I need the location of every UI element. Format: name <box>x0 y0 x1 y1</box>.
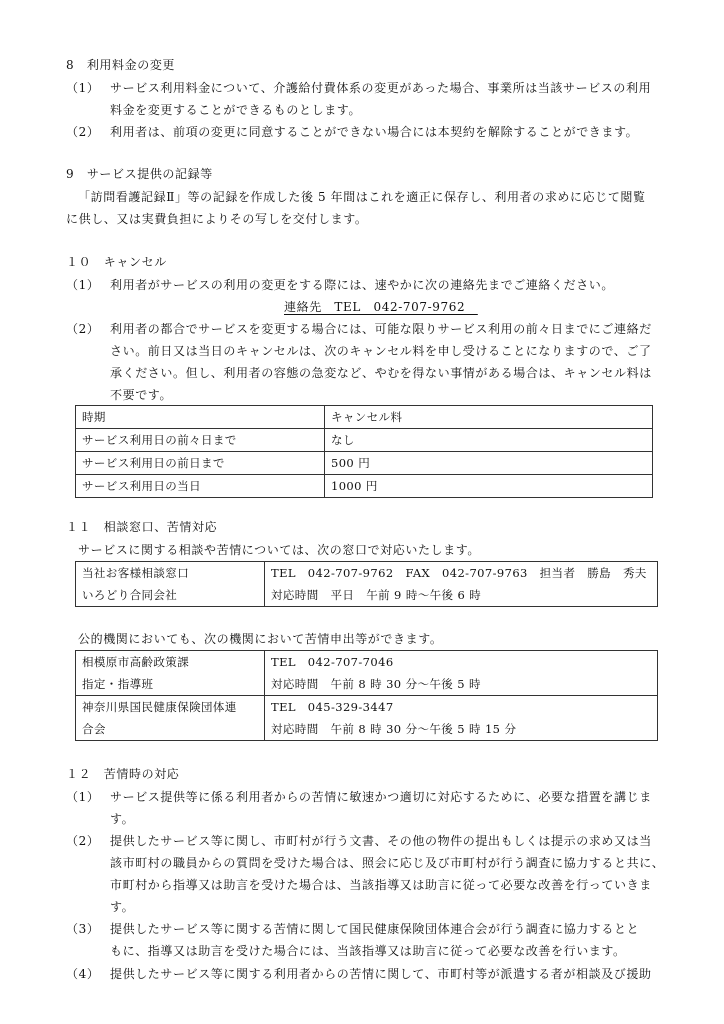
table-cell: 500 円 <box>325 452 653 475</box>
s8-item1-line2: 料金を変更することができるものとします。 <box>110 102 361 118</box>
s12-item2-line1: 提供したサービス等に関し、市町村が行う文書、その他の物件の提出もしくは提示の求め… <box>110 833 652 849</box>
table-row: 神奈川県国民健康保険団体連 合会 TEL 045-329-3447 対応時間 午… <box>76 696 658 741</box>
table-cell: 1000 円 <box>325 475 653 498</box>
s12-item3-line2: もに、指導又は助言を受けた場合には、当該指導又は助言に従って必要な改善を行います… <box>110 943 626 959</box>
agency-name-line2: 指定・指導班 <box>82 673 258 695</box>
table-cell: サービス利用日の当日 <box>76 475 325 498</box>
s12-item4-num: （4） <box>66 966 99 982</box>
cancel-contact-phone: 連絡先 TEL 042-707-9762 <box>284 299 478 315</box>
s8-item1-line1: サービス利用料金について、介護給付費体系の変更があった場合、事業所は当該サービス… <box>110 80 651 96</box>
s8-item1-num: （1） <box>66 80 99 96</box>
s8-item2-line1: 利用者は、前項の変更に同意することができない場合には本契約を解除することができま… <box>110 124 638 140</box>
table-row: サービス利用日の前々日まで なし <box>76 429 653 452</box>
section-9-heading: 9 サービス提供の記録等 <box>66 166 213 182</box>
company-info-cell: TEL 042-707-9762 FAX 042-707-9763 担当者 勝島… <box>265 562 658 607</box>
agency-name-line1: 相模原市高齢政策課 <box>82 651 258 673</box>
agency-name-cell: 神奈川県国民健康保険団体連 合会 <box>76 696 265 741</box>
company-hours: 対応時間 平日 午前 9 時～午後 6 時 <box>271 584 651 606</box>
s10-item2-line4: 不要です。 <box>110 387 172 403</box>
company-phone-fax: TEL 042-707-9762 FAX 042-707-9763 担当者 勝島… <box>271 562 651 584</box>
section-11-heading: １１ 相談窓口、苦情対応 <box>66 519 217 535</box>
s9-line2: に供し、又は実費負担によりその写しを交付します。 <box>66 211 367 227</box>
s9-line1: 「訪問看護記録Ⅱ」等の記録を作成した後 5 年間はこれを適正に保存し、利用者の求… <box>78 189 646 205</box>
table-cell: サービス利用日の前日まで <box>76 452 325 475</box>
table-header-cell: キャンセル料 <box>325 406 653 429</box>
table-row: サービス利用日の前日まで 500 円 <box>76 452 653 475</box>
agency-phone: TEL 042-707-7046 <box>271 651 651 673</box>
s11-intro: サービスに関する相談や苦情については、次の窓口で対応いたします。 <box>78 542 480 558</box>
s12-item1-line2: す。 <box>110 811 134 827</box>
s10-item2-line3: 承ください。但し、利用者の容態の急変など、やむを得ない事情がある場合は、キャンセ… <box>110 365 652 381</box>
section-12-heading: １２ 苦情時の対応 <box>66 766 179 782</box>
cancel-fee-table: 時期 キャンセル料 サービス利用日の前々日まで なし サービス利用日の前日まで … <box>75 405 653 498</box>
agency-name-line1: 神奈川県国民健康保険団体連 <box>82 696 258 718</box>
s12-item1-line1: サービス提供等に係る利用者からの苦情に敏速かつ適切に対応するために、必要な措置を… <box>110 789 652 805</box>
agency-hours: 対応時間 午前 8 時 30 分～午後 5 時 <box>271 673 651 695</box>
table-cell: なし <box>325 429 653 452</box>
agency-hours: 対応時間 午前 8 時 30 分～午後 5 時 15 分 <box>271 718 651 740</box>
s12-item2-line2: 該市町村の職員からの質問を受けた場合は、照会に応じ及び市町村が行う調査に協力する… <box>110 855 664 871</box>
s12-item1-num: （1） <box>66 789 99 805</box>
s10-item1-line1: 利用者がサービスの利用の変更をする際には、速やかに次の連絡先までご連絡ください。 <box>110 277 614 293</box>
s10-item1-num: （1） <box>66 277 99 293</box>
company-name-cell: 当社お客様相談窓口 いろどり合同会社 <box>76 562 265 607</box>
s12-item2-num: （2） <box>66 833 99 849</box>
agency-info-cell: TEL 045-329-3447 対応時間 午前 8 時 30 分～午後 5 時… <box>265 696 658 741</box>
company-window-label: 当社お客様相談窓口 <box>82 562 258 584</box>
s12-item3-num: （3） <box>66 921 99 937</box>
s12-item2-line4: す。 <box>110 899 134 915</box>
s8-item2-num: （2） <box>66 124 99 140</box>
table-header-cell: 時期 <box>76 406 325 429</box>
section-8-heading: 8 利用料金の変更 <box>66 57 175 73</box>
s12-item2-line3: 市町村から指導又は助言を受けた場合は、当該指導又は助言に従って必要な改善を行って… <box>110 877 652 893</box>
table-row: 当社お客様相談窓口 いろどり合同会社 TEL 042-707-9762 FAX … <box>76 562 658 607</box>
s10-item2-line1: 利用者の都合でサービスを変更する場合には、可能な限りサービス利用の前々日までにご… <box>110 321 652 337</box>
company-name: いろどり合同会社 <box>82 584 258 606</box>
agency-name-cell: 相模原市高齢政策課 指定・指導班 <box>76 651 265 696</box>
s11-public-intro: 公的機関においても、次の機関において苦情申出等ができます。 <box>78 631 442 647</box>
agency-name-line2: 合会 <box>82 718 258 740</box>
s12-item3-line1: 提供したサービス等に関する苦情に関して国民健康保険団体連合会が行う調査に協力する… <box>110 921 639 937</box>
table-header-row: 時期 キャンセル料 <box>76 406 653 429</box>
agency-phone: TEL 045-329-3447 <box>271 696 651 718</box>
s12-item4-line1: 提供したサービス等に関する利用者からの苦情に関して、市町村等が派遣する者が相談及… <box>110 966 652 982</box>
table-row: 相模原市高齢政策課 指定・指導班 TEL 042-707-7046 対応時間 午… <box>76 651 658 696</box>
s10-item2-num: （2） <box>66 321 99 337</box>
public-agency-table: 相模原市高齢政策課 指定・指導班 TEL 042-707-7046 対応時間 午… <box>75 650 658 741</box>
company-contact-table: 当社お客様相談窓口 いろどり合同会社 TEL 042-707-9762 FAX … <box>75 561 658 607</box>
s10-item2-line2: さい。前日又は当日のキャンセルは、次のキャンセル料を申し受けることになりますので… <box>110 343 652 359</box>
agency-info-cell: TEL 042-707-7046 対応時間 午前 8 時 30 分～午後 5 時 <box>265 651 658 696</box>
table-cell: サービス利用日の前々日まで <box>76 429 325 452</box>
table-row: サービス利用日の当日 1000 円 <box>76 475 653 498</box>
section-10-heading: １０ キャンセル <box>66 254 167 270</box>
